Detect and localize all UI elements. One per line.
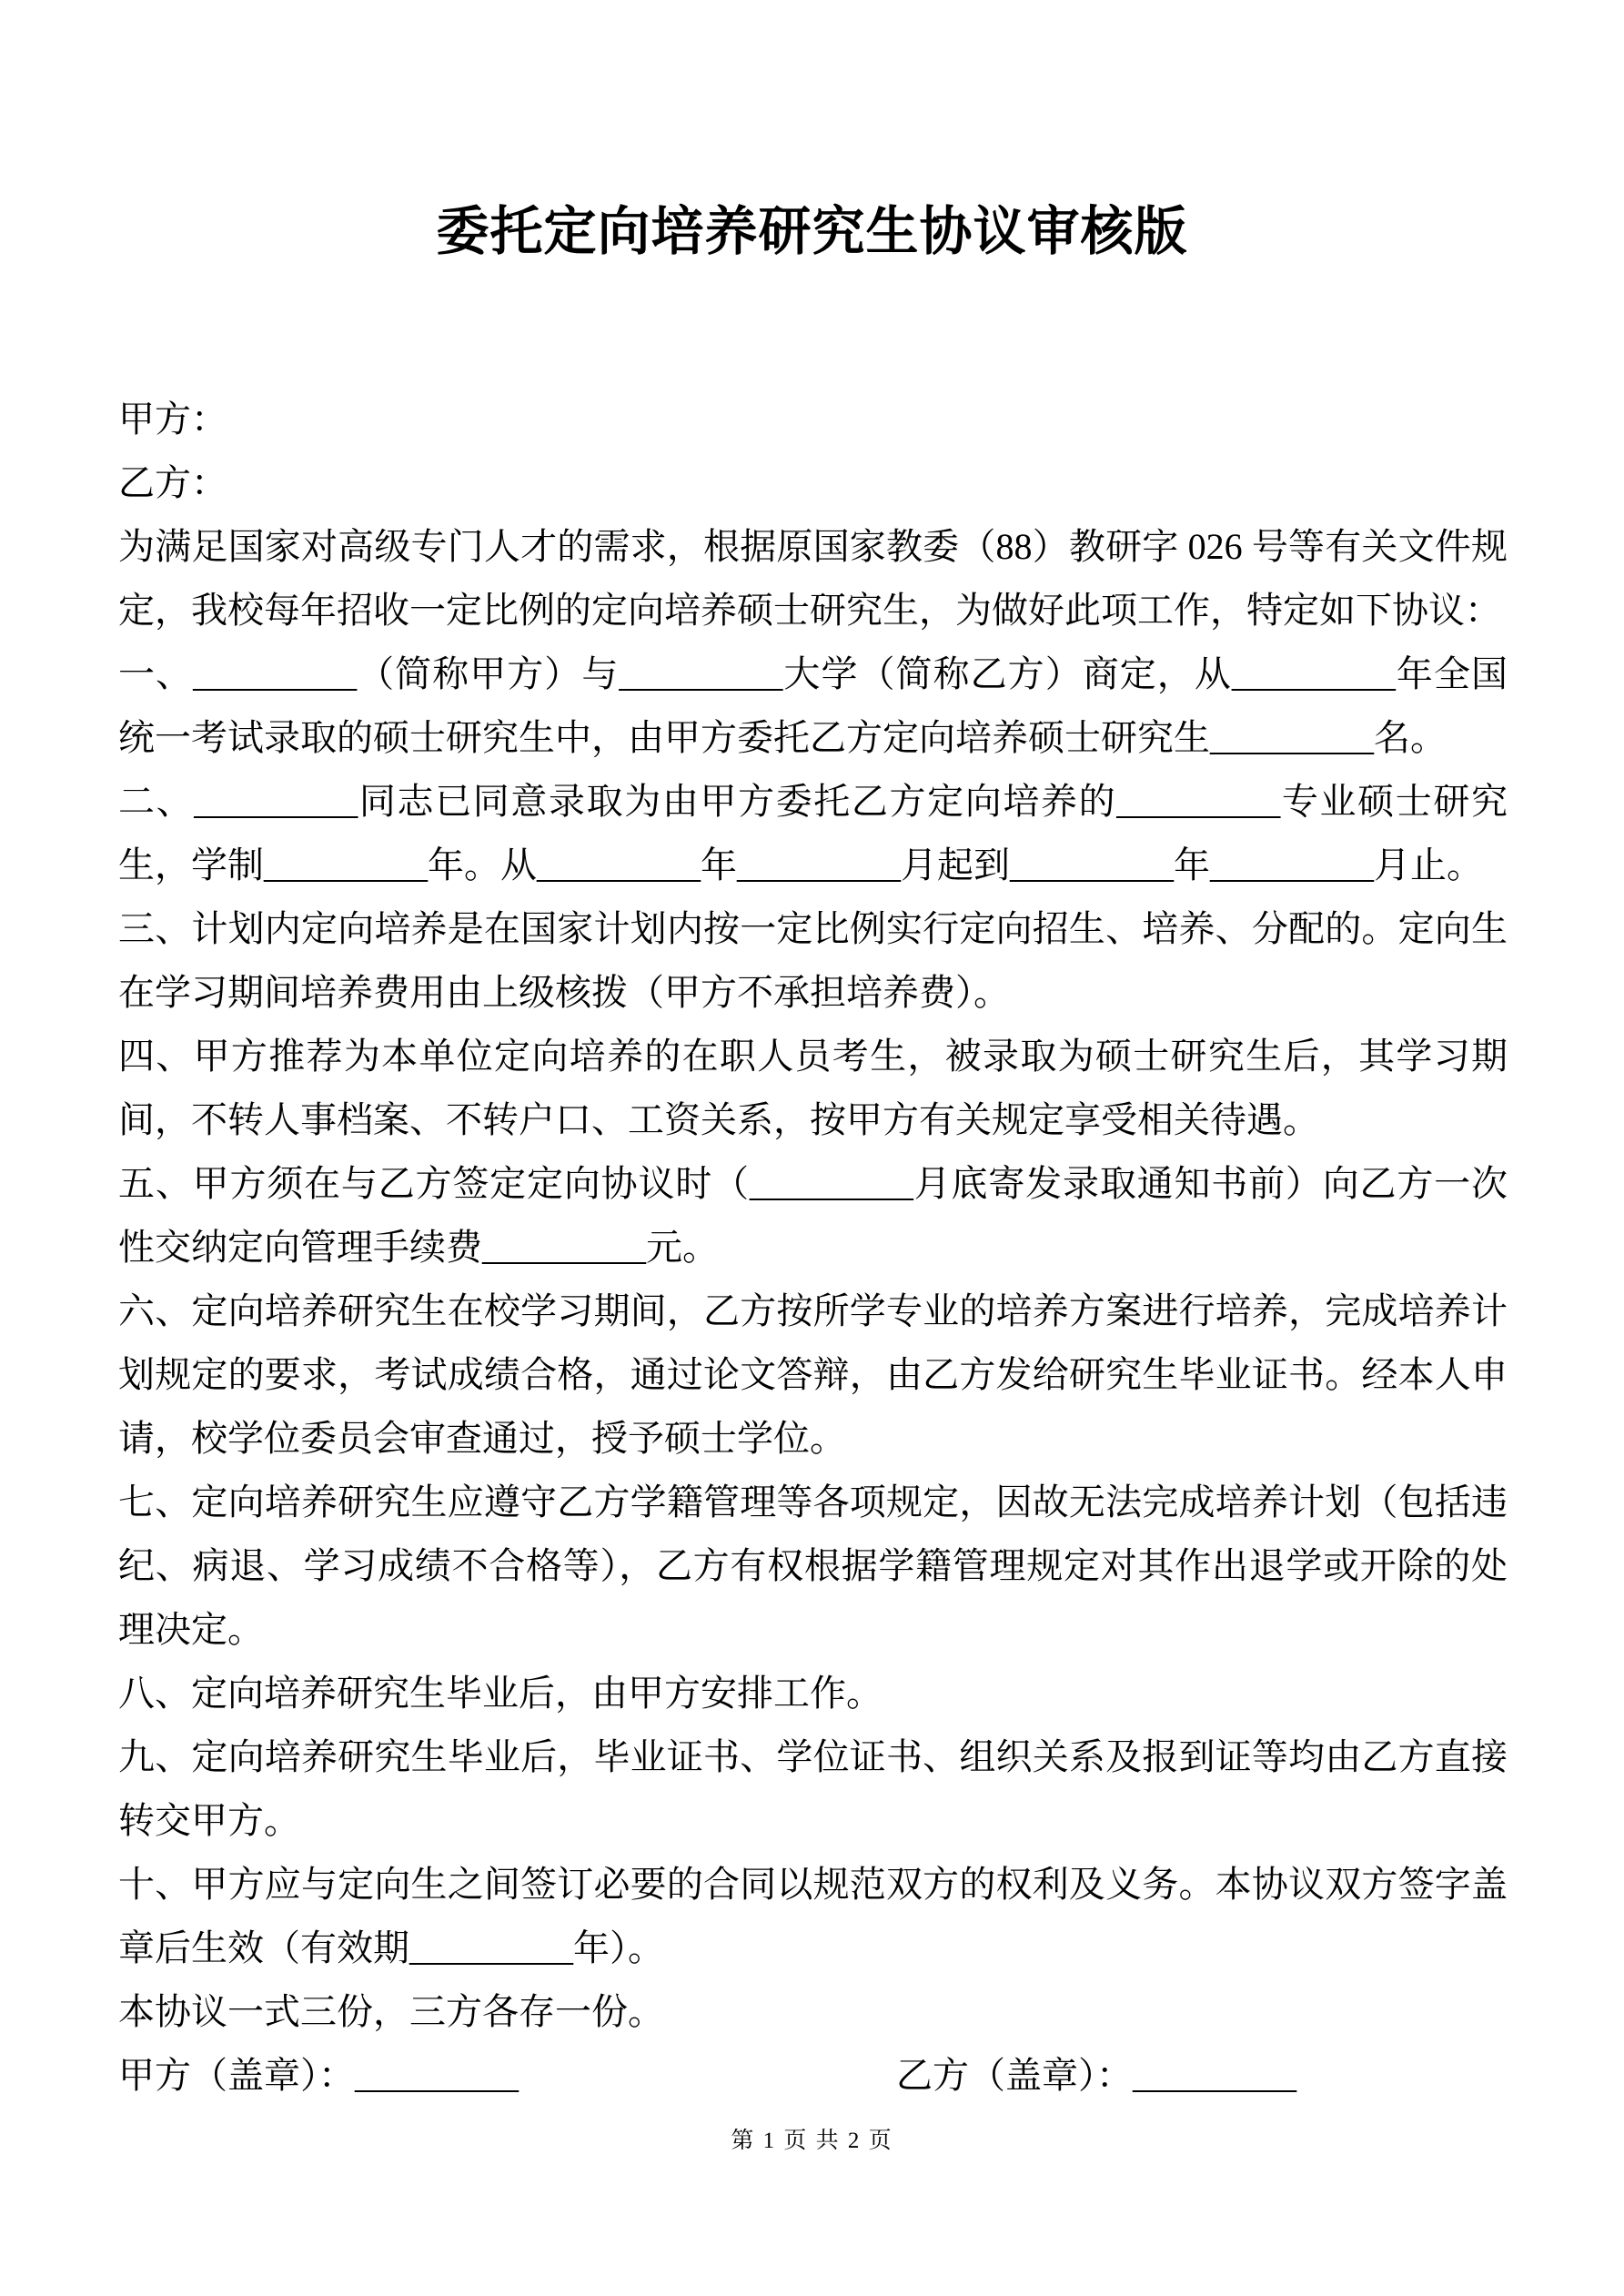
party-a-seal-label: 甲方（盖章）：_________ xyxy=(118,2055,519,2096)
paragraph-clause-5: 五、甲方须在与乙方签定定向协议时（_________月底寄发录取通知书前）向乙方… xyxy=(118,1152,1508,1279)
document-title: 委托定向培养研究生协议审核版 xyxy=(0,204,1624,260)
paragraph-clause-6: 六、定向培养研究生在校学习期间，乙方按所学专业的培养方案进行培养，完成培养计划规… xyxy=(118,1279,1508,1471)
paragraph-clause-8: 八、定向培养研究生毕业后，由甲方安排工作。 xyxy=(118,1662,1508,1725)
page-number-footer: 第 1 页 共 2 页 xyxy=(0,2128,1624,2155)
paragraph-party-b: 乙方： xyxy=(118,451,1508,515)
paragraph-clause-2: 二、_________同志已同意录取为由甲方委托乙方定向培养的_________… xyxy=(118,770,1508,897)
signature-row: 甲方（盖章）：_________ 乙方（盖章）：_________ xyxy=(118,2044,1508,2108)
party-b-seal-label: 乙方（盖章）：_________ xyxy=(896,2044,1296,2108)
paragraph-clause-9: 九、定向培养研究生毕业后，毕业证书、学位证书、组织关系及报到证等均由乙方直接转交… xyxy=(118,1725,1508,1853)
paragraph-copies: 本协议一式三份，三方各存一份。 xyxy=(118,1980,1508,2044)
paragraph-clause-1: 一、_________（简称甲方）与_________大学（简称乙方）商定，从_… xyxy=(118,642,1508,770)
document-body: 甲方： 乙方： 为满足国家对高级专门人才的需求，根据原国家教委（88）教研字 0… xyxy=(118,388,1508,2108)
paragraph-clause-3: 三、计划内定向培养是在国家计划内按一定比例实行定向招生、培养、分配的。定向生在学… xyxy=(118,897,1508,1025)
paragraph-party-a: 甲方： xyxy=(118,388,1508,451)
paragraph-clause-7: 七、定向培养研究生应遵守乙方学籍管理等各项规定，因故无法完成培养计划（包括违纪、… xyxy=(118,1471,1508,1662)
paragraph-clause-4: 四、甲方推荐为本单位定向培养的在职人员考生，被录取为硕士研究生后，其学习期间，不… xyxy=(118,1025,1508,1152)
paragraph-clause-10: 十、甲方应与定向生之间签订必要的合同以规范双方的权利及义务。本协议双方签字盖章后… xyxy=(118,1853,1508,1980)
paragraph-preamble: 为满足国家对高级专门人才的需求，根据原国家教委（88）教研字 026 号等有关文… xyxy=(118,515,1508,642)
document-page: 委托定向培养研究生协议审核版 甲方： 乙方： 为满足国家对高级专门人才的需求，根… xyxy=(0,0,1624,2296)
